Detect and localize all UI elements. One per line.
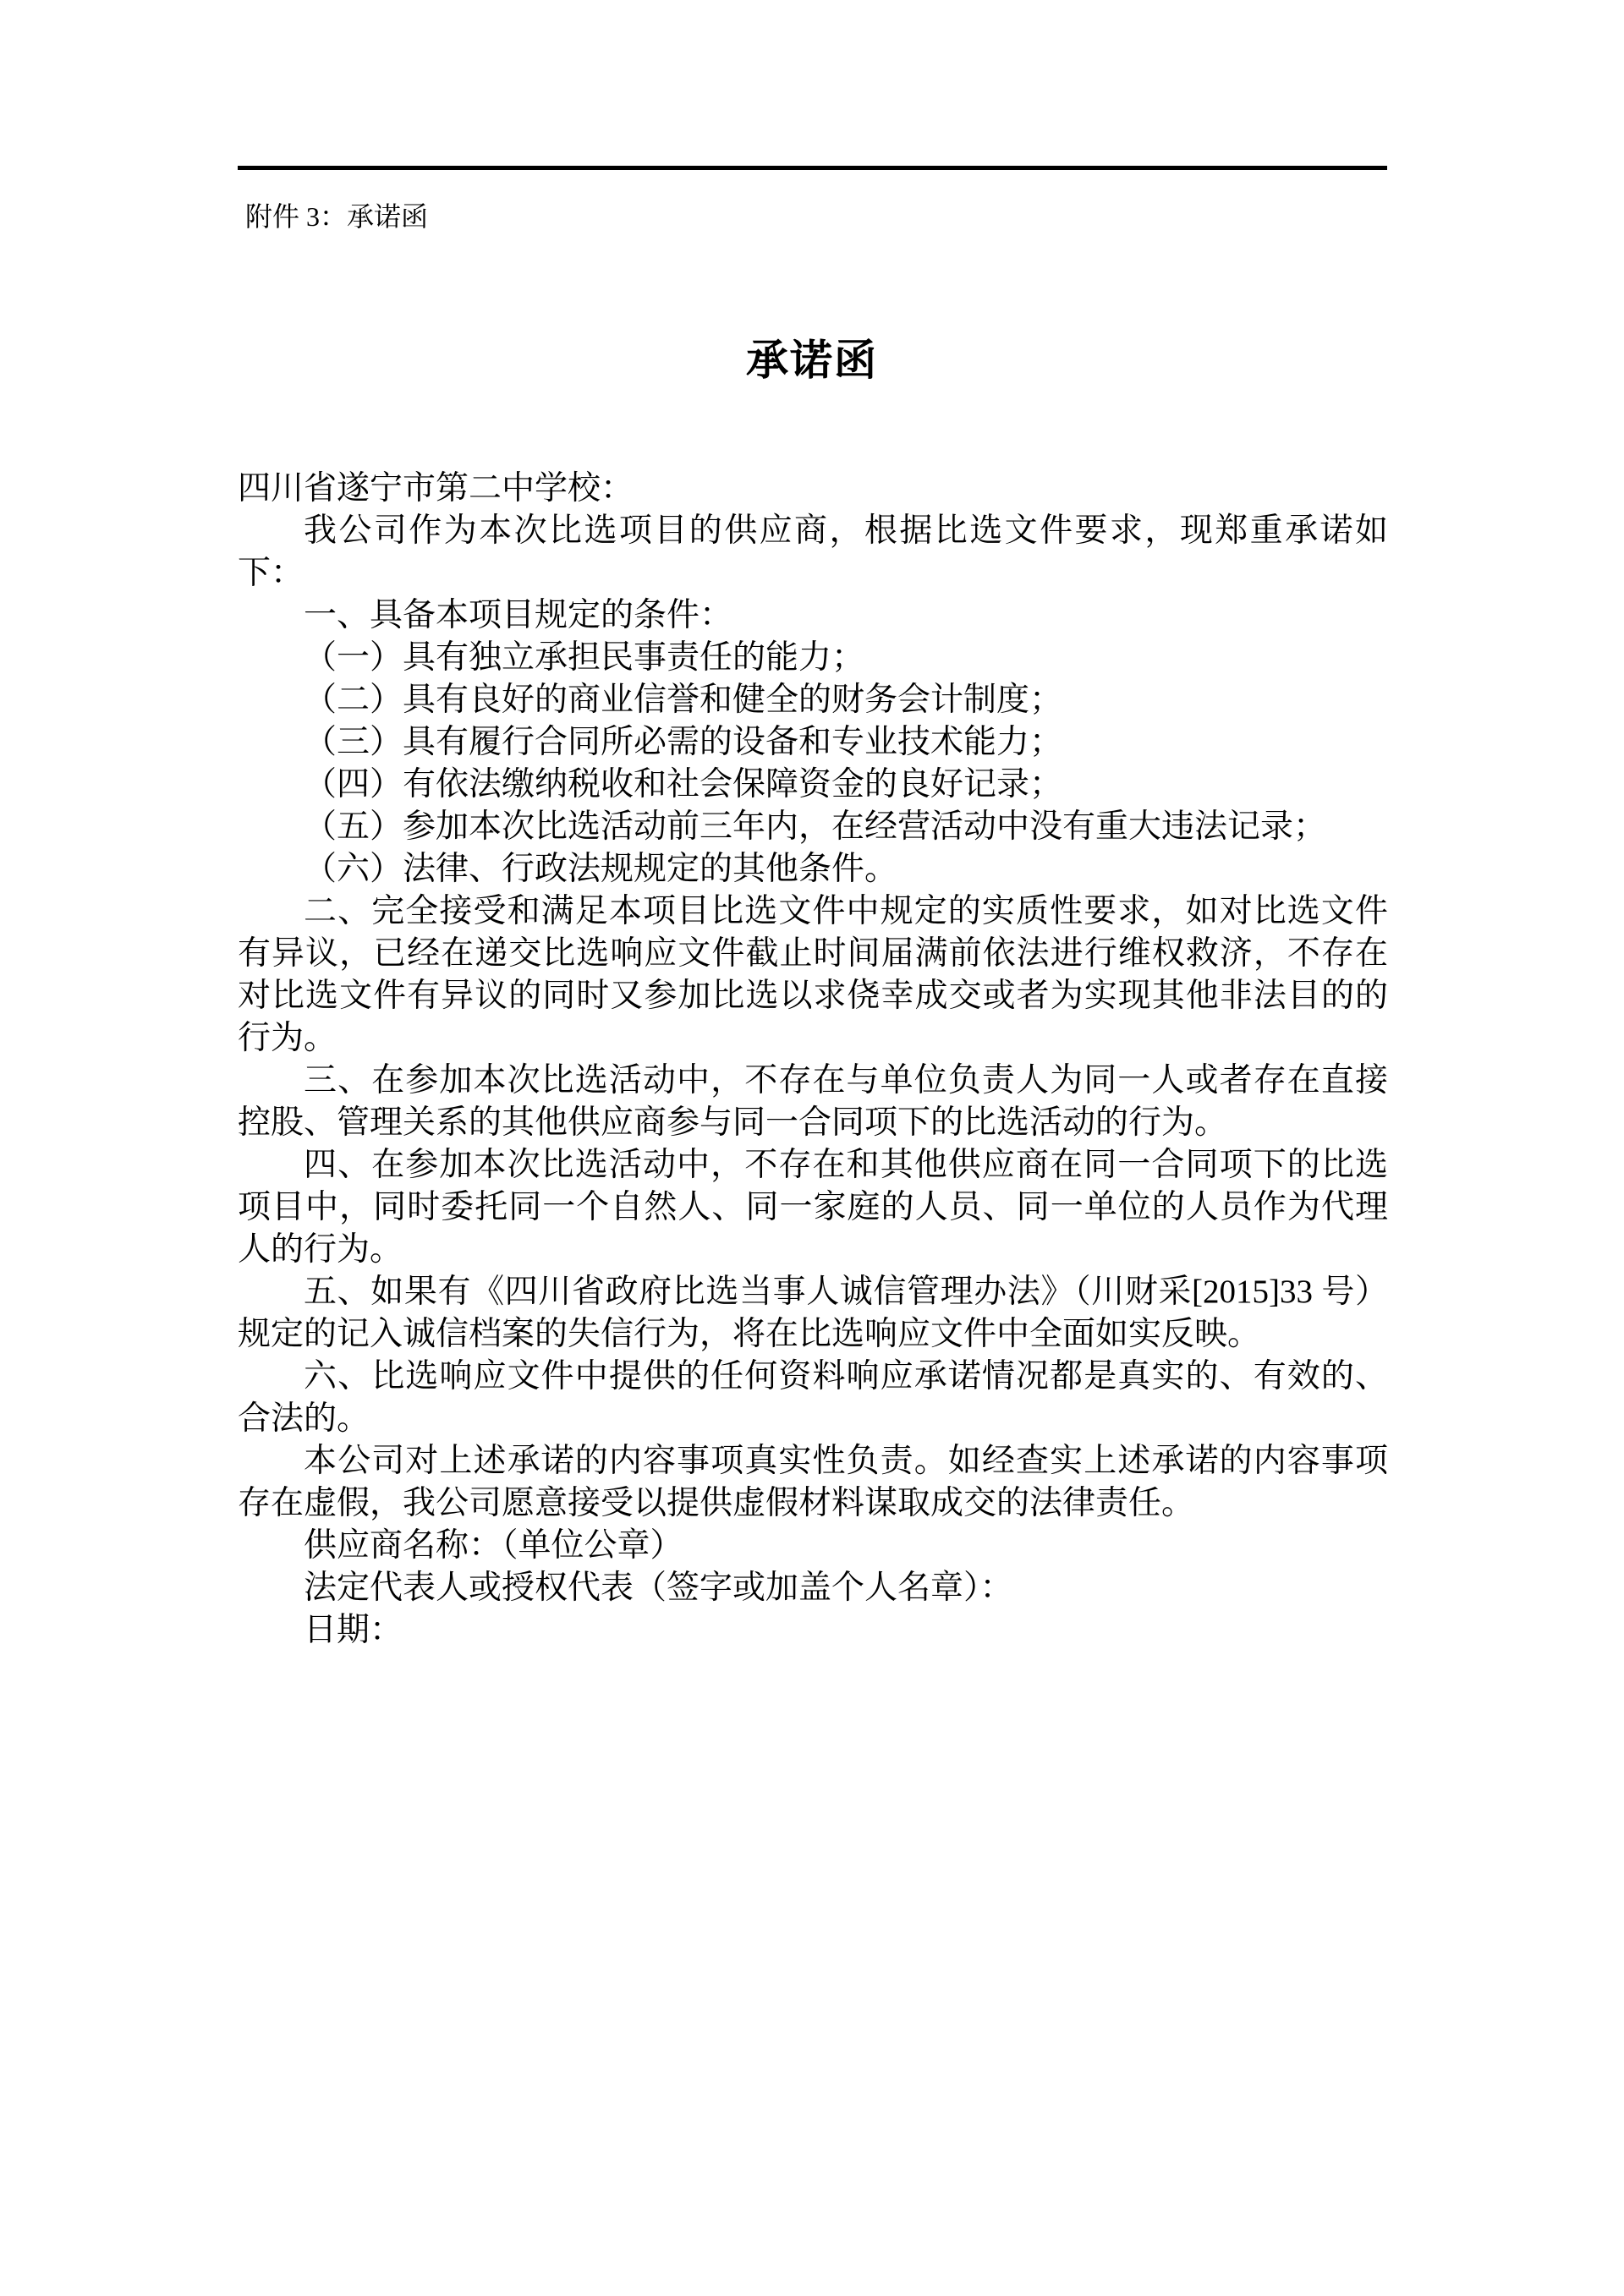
document-page: 附件 3：承诺函 承诺函 四川省遂宁市第二中学校： 我公司作为本次比选项目的供应… bbox=[0, 0, 1624, 2296]
clause-one-sub-6: （六）法律、行政法规规定的其他条件。 bbox=[238, 848, 1388, 890]
closing-paragraph: 本公司对上述承诺的内容事项真实性负责。如经查实上述承诺的内容事项存在虚假，我公司… bbox=[238, 1440, 1388, 1525]
clause-four-paragraph: 四、在参加本次比选活动中，不存在和其他供应商在同一合同项下的比选项目中，同时委托… bbox=[238, 1144, 1388, 1271]
clause-five-paragraph: 五、如果有《四川省政府比选当事人诚信管理办法》（川财采[2015]33 号）规定… bbox=[238, 1271, 1388, 1356]
clause-one-sub-1: （一）具有独立承担民事责任的能力； bbox=[238, 637, 1388, 679]
clause-one-heading: 一、具备本项目规定的条件： bbox=[238, 595, 1388, 637]
intro-paragraph: 我公司作为本次比选项目的供应商，根据比选文件要求，现郑重承诺如下： bbox=[238, 510, 1388, 595]
document-body: 四川省遂宁市第二中学校： 我公司作为本次比选项目的供应商，根据比选文件要求，现郑… bbox=[238, 468, 1388, 1652]
signature-representative: 法定代表人或授权代表（签字或加盖个人名章）： bbox=[238, 1567, 1388, 1609]
signature-date: 日期： bbox=[238, 1609, 1388, 1652]
salutation: 四川省遂宁市第二中学校： bbox=[238, 468, 1388, 510]
clause-six-paragraph: 六、比选响应文件中提供的任何资料响应承诺情况都是真实的、有效的、合法的。 bbox=[238, 1356, 1388, 1440]
clause-one-sub-3: （三）具有履行合同所必需的设备和专业技术能力； bbox=[238, 721, 1388, 764]
clause-three-paragraph: 三、在参加本次比选活动中，不存在与单位负责人为同一人或者存在直接控股、管理关系的… bbox=[238, 1060, 1388, 1144]
clause-two-paragraph: 二、完全接受和满足本项目比选文件中规定的实质性要求，如对比选文件有异议，已经在递… bbox=[238, 890, 1388, 1060]
signature-supplier-name: 供应商名称：（单位公章） bbox=[238, 1525, 1388, 1567]
header-rule bbox=[238, 166, 1387, 170]
attachment-label: 附件 3：承诺函 bbox=[245, 200, 428, 233]
clause-one-sub-4: （四）有依法缴纳税收和社会保障资金的良好记录； bbox=[238, 764, 1388, 806]
clause-one-sub-5: （五）参加本次比选活动前三年内，在经营活动中没有重大违法记录； bbox=[238, 806, 1388, 848]
clause-one-sub-2: （二）具有良好的商业信誉和健全的财务会计制度； bbox=[238, 679, 1388, 721]
document-title: 承诺函 bbox=[0, 337, 1624, 384]
